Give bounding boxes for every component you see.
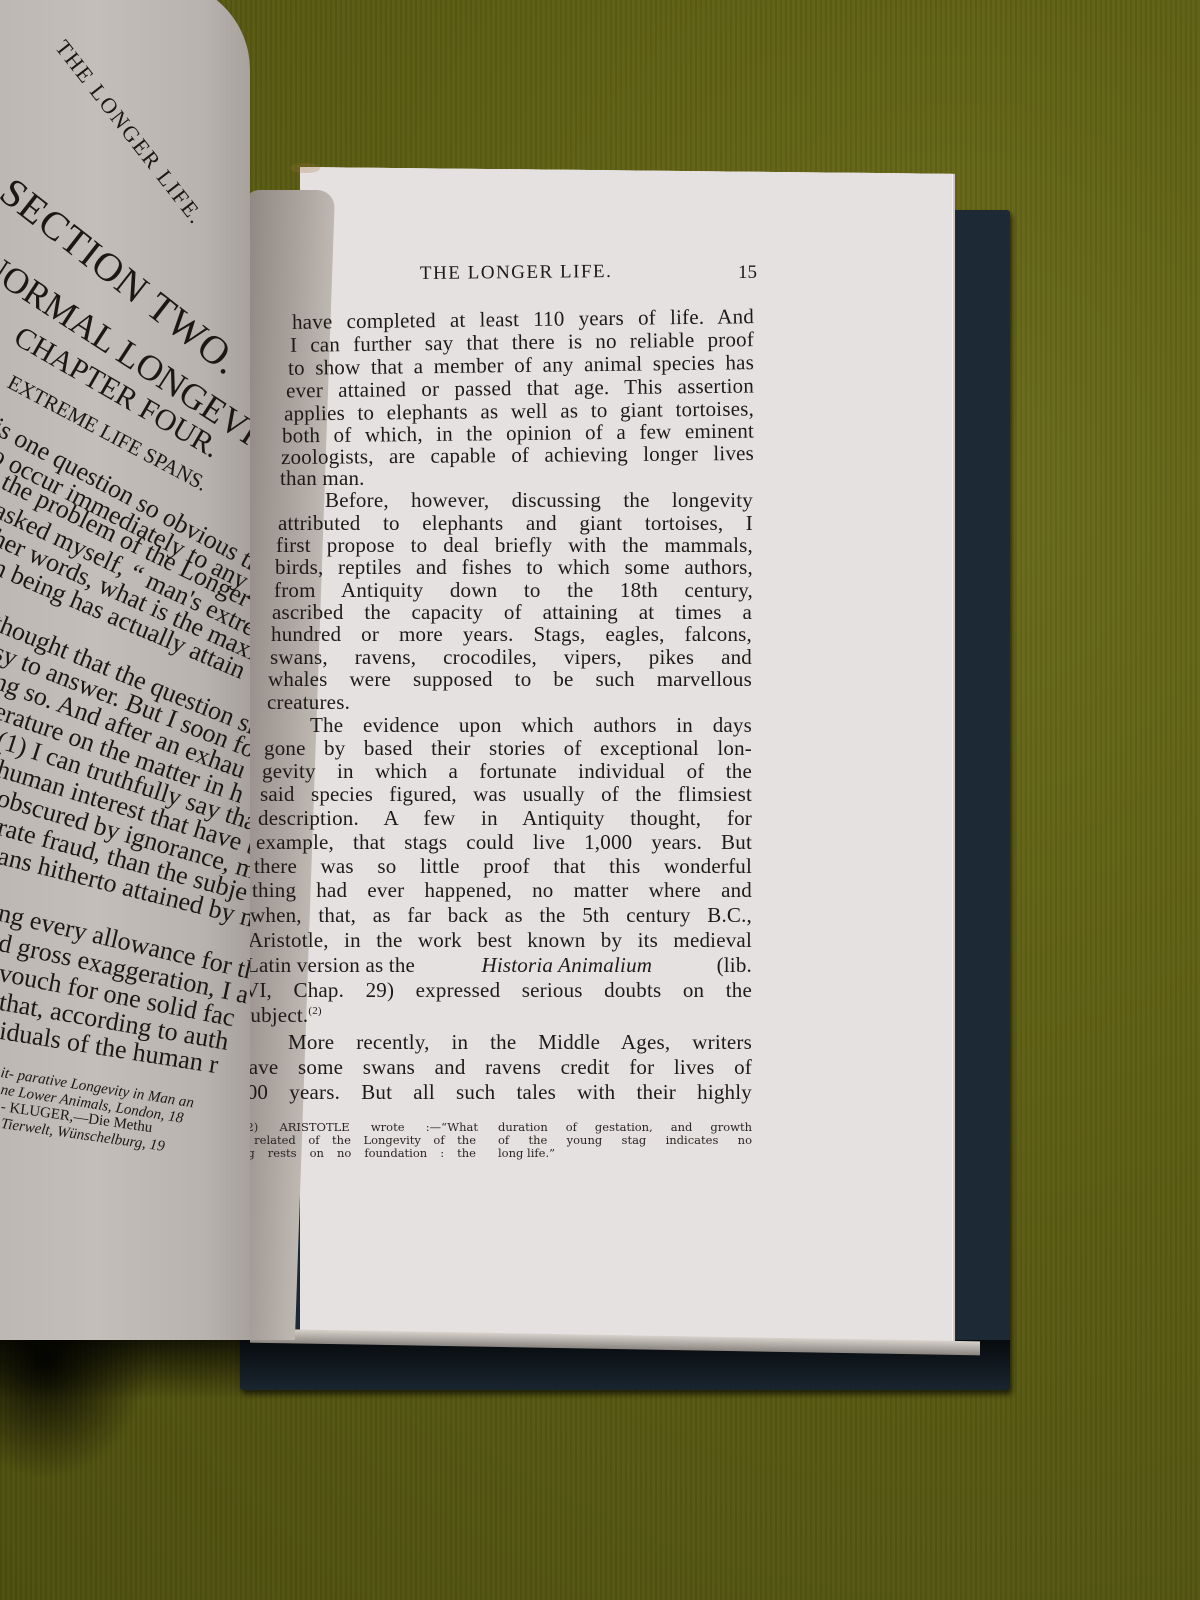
- book-shadow-corner: [0, 1330, 150, 1480]
- italic-title: Historia Animalium: [481, 953, 652, 978]
- text-line: gave some swans and ravens credit for li…: [238, 1055, 752, 1080]
- running-head-left: THE LONGER LIFE.: [50, 35, 210, 230]
- running-head-right: THE LONGER LIFE.: [420, 261, 613, 285]
- text-line: creatures.: [267, 690, 751, 715]
- page-number: 15: [738, 262, 757, 284]
- text-line: Aristotle, in the work best known by its…: [248, 928, 752, 953]
- text-line: gone by based their stories of exception…: [264, 736, 752, 761]
- text-line: Before, however, discussing the longevit…: [325, 488, 753, 513]
- text-line-with-footnote-ref: subject.(2): [242, 1003, 750, 1028]
- footnote-ref[interactable]: (2): [308, 1005, 321, 1017]
- text-line: birds, reptiles and fishes to which some…: [275, 555, 753, 580]
- text-span: (lib.: [717, 953, 752, 978]
- footnote-col2-line: long life.”: [498, 1147, 752, 1160]
- left-page: THE LONGER LIFE. SECTION TWO. NORMAL LON…: [0, 0, 250, 1340]
- text-line-with-italic: Latin version as the Historia Animalium …: [246, 953, 752, 978]
- text-line: example, that stags could live 1,000 yea…: [256, 830, 752, 855]
- text-span: subject.: [242, 1003, 308, 1027]
- text-line: there was so little proof that this wond…: [254, 854, 752, 879]
- page-stain: [290, 163, 320, 173]
- text-line: hundred or more years. Stags, eagles, fa…: [271, 622, 752, 647]
- text-span: Latin version as the: [246, 953, 415, 978]
- text-line: More recently, in the Middle Ages, write…: [288, 1030, 752, 1055]
- text-line: whales were supposed to be such marvello…: [268, 667, 752, 692]
- text-line: thing had ever happened, no matter where…: [252, 878, 752, 903]
- text-line: gevity in which a fortunate individual o…: [262, 759, 752, 784]
- text-line: said species figured, was usually of the…: [260, 782, 752, 807]
- text-line: description. A few in Antiquity thought,…: [258, 806, 752, 831]
- footnote-col1-line: stag rests on no foundation : the: [230, 1147, 476, 1160]
- text-line: VI, Chap. 29) expressed serious doubts o…: [244, 978, 752, 1003]
- text-line: 300 years. But all such tales with their…: [236, 1080, 752, 1105]
- text-line: when, that, as far back as the 5th centu…: [250, 903, 752, 928]
- text-line: The evidence upon which authors in days: [310, 713, 752, 738]
